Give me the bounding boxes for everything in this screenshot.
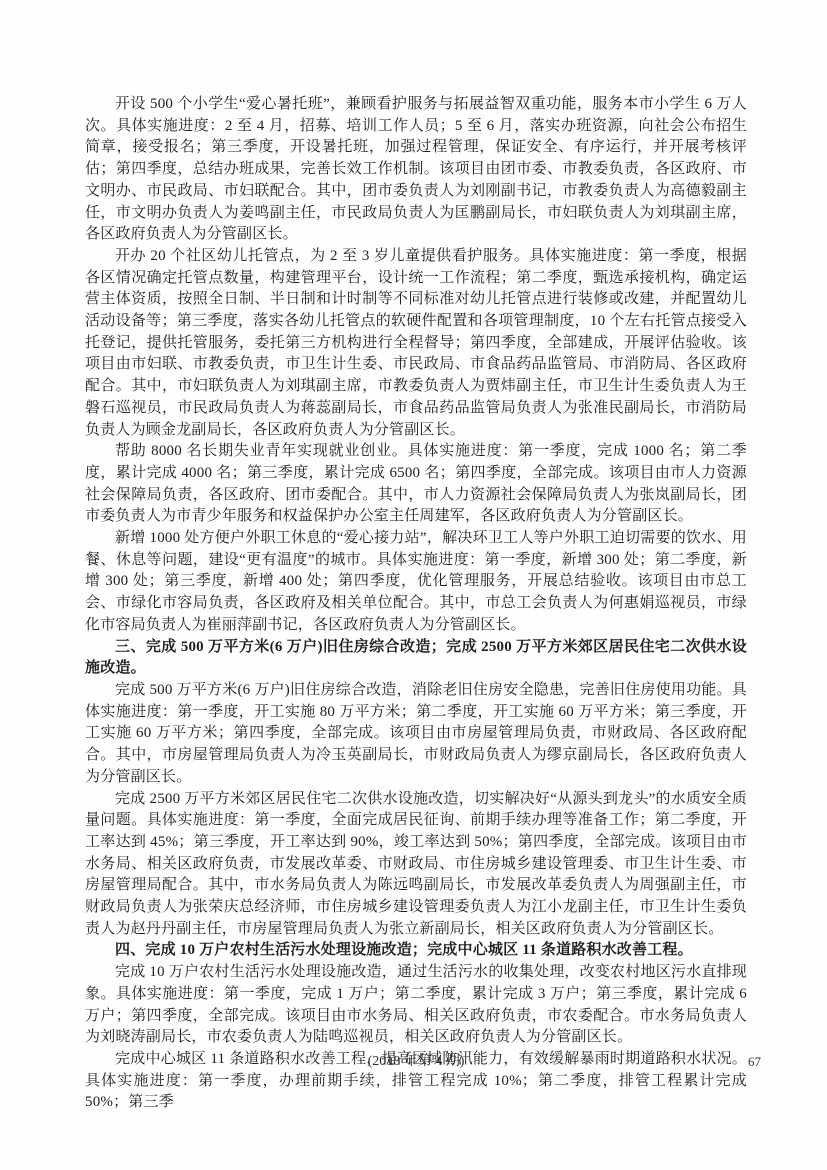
paragraph: 帮助 8000 名长期失业青年实现就业创业。具体实施进度：第一季度，完成 100… [85,441,747,528]
paragraph: 新增 1000 处方便户外职工休息的“爱心接力站”，解决环卫工人等户外职工迫切需… [85,528,747,637]
paragraph: 完成 2500 万平方米郊区居民住宅二次供水设施改造，切实解决好“从源头到龙头”… [85,789,747,941]
paragraph: 完成 10 万户农村生活污水处理设施改造，通过生活污水的收集处理，改变农村地区污… [85,962,747,1049]
document-page: 开设 500 个小学生“爱心暑托班”，兼顾看护服务与拓展益智双重功能，服务本市小… [0,0,827,1170]
paragraph: 开办 20 个社区幼儿托管点，为 2 至 3 岁儿童提供看护服务。具体实施进度：… [85,246,747,441]
paragraph: 完成 500 万平方米(6 万户)旧住房综合改造，消除老旧住房安全隐患，完善旧住… [85,680,747,789]
section-heading: 三、完成 500 万平方米(6 万户)旧住房综合改造；完成 2500 万平方米郊… [85,637,747,680]
page-number: 67 [748,1054,761,1070]
section-heading: 四、完成 10 万户农村生活污水处理设施改造；完成中心城区 11 条道路积水改善… [85,940,747,962]
page-footer: (2018 年第 4 期) 67 [85,1050,761,1070]
document-body: 开设 500 个小学生“爱心暑托班”，兼顾看护服务与拓展益智双重功能，服务本市小… [85,94,747,1114]
footer-issue-label: (2018 年第 4 期) [85,1050,747,1070]
paragraph: 开设 500 个小学生“爱心暑托班”，兼顾看护服务与拓展益智双重功能，服务本市小… [85,94,747,246]
